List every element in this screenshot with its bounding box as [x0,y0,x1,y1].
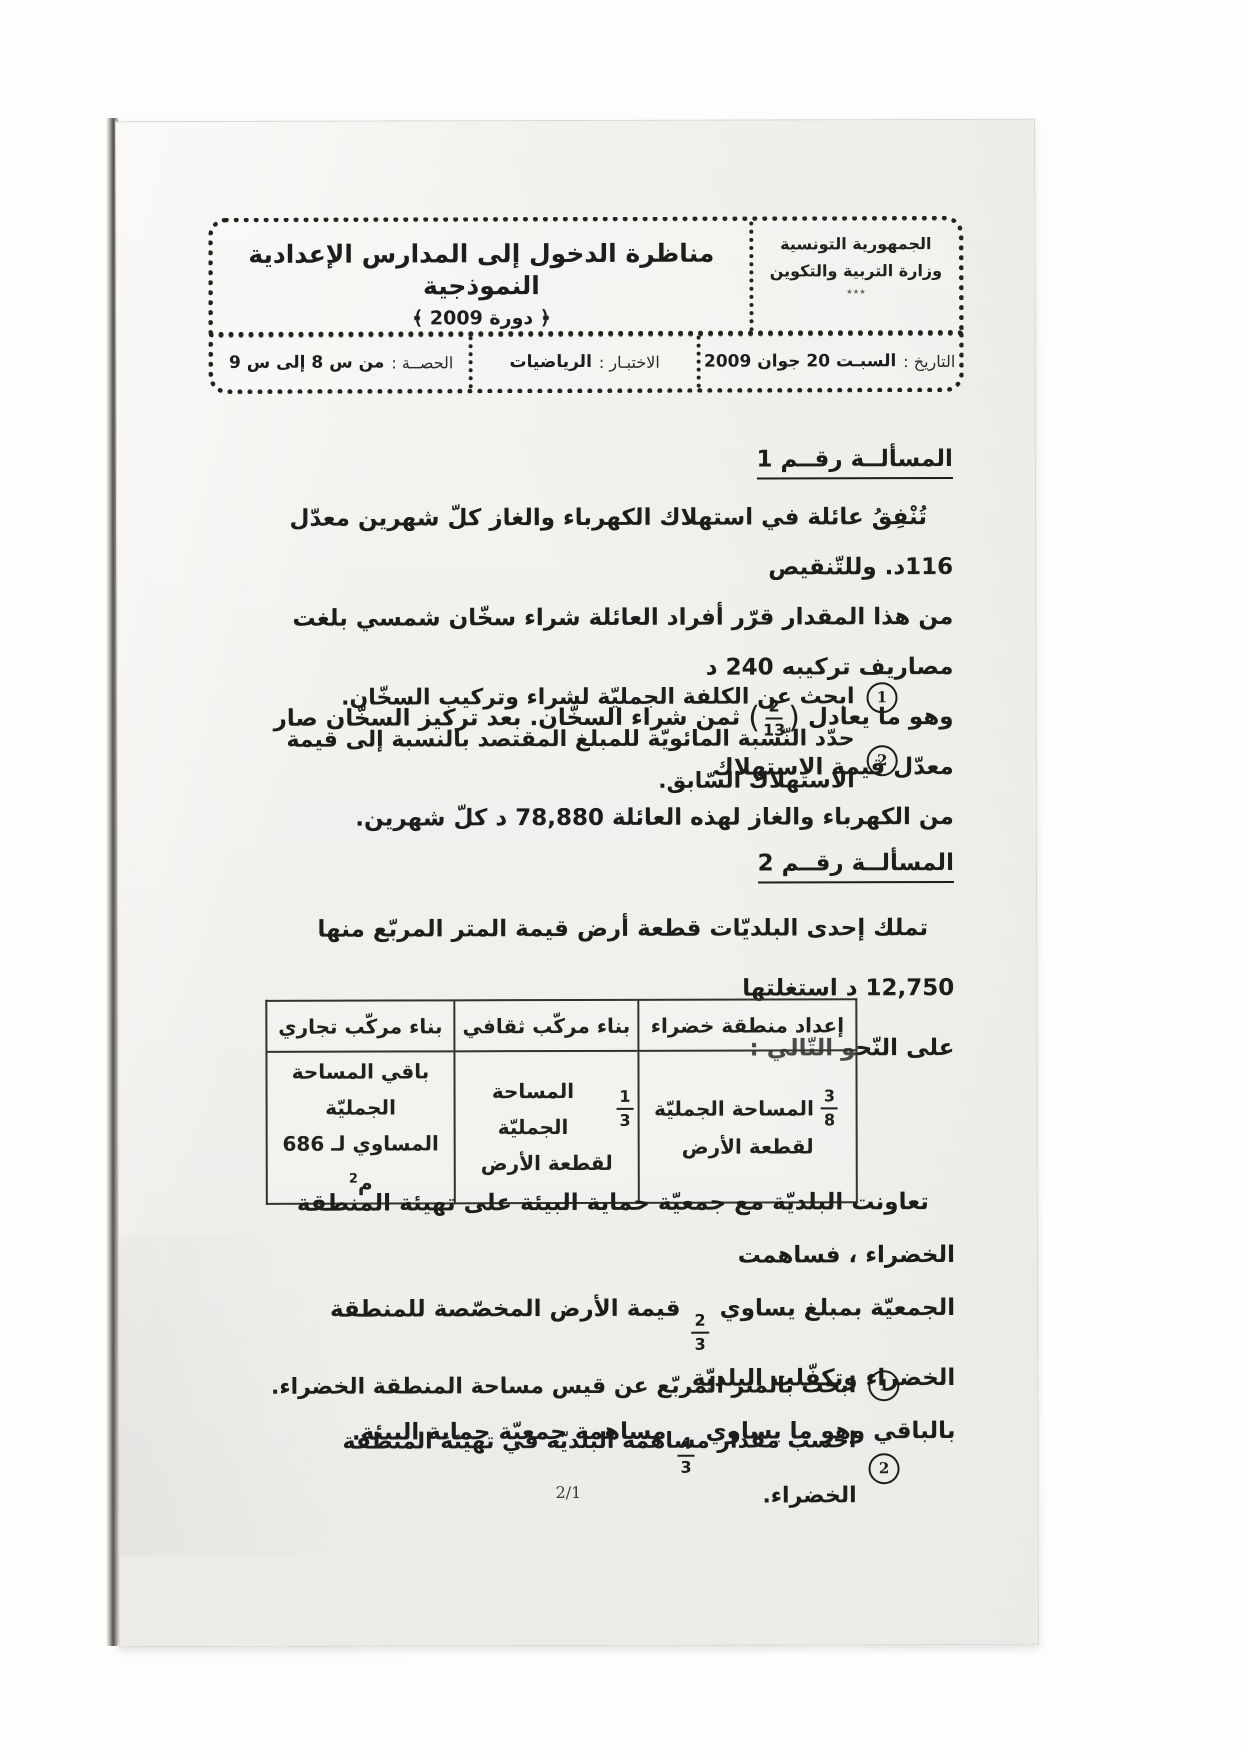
exam-value: الرياضيات [509,352,591,372]
exam-header-top: الجمهورية التونسية وزارة التربية والتكوي… [208,216,963,338]
item-number-badge: 2 [868,1453,899,1484]
session-year: ﴿ دورة 2009 ﴾ [213,307,749,330]
list-item: 1 ابحث عن الكلفة الجمليّة لشراء وتركيب ا… [251,676,953,720]
ministry-line-1: الجمهورية التونسية [753,230,958,258]
info-exam: الاختبـار : الرياضيات [469,336,697,389]
table-header-cell: بناء مركّب ثقافي [454,1000,638,1051]
date-value: السبـت 20 جوان 2009 [704,351,896,372]
exam-label: الاختبـار : [599,352,660,371]
scanned-exam-page: الجمهورية التونسية وزارة التربية والتكوي… [115,119,1039,1647]
fraction-1-3: 13 [616,1089,633,1129]
ministry-ornament: ٭٭٭ [753,284,958,299]
problem-1-items: 1 ابحث عن الكلفة الجمليّة لشراء وتركيب ا… [251,676,953,804]
paragraph-line: تُنْفِقُ عائلة في استهلاك الكهرباء والغا… [251,492,953,594]
item-text: حدّد النّسبة المائويّة للمبلغ المقتصد با… [252,718,855,804]
item-text: ابحث بالمتر المربّع عن قيس مساحة المنطقة… [271,1358,857,1415]
fraction-3-8: 38 [821,1088,838,1128]
date-label: التاريخ : [903,352,955,371]
list-item: 1 ابحث بالمتر المربّع عن قيس مساحة المنط… [253,1358,955,1415]
problem-2-heading: المسألــة رقــم 2 [758,850,954,884]
fraction-2-3: 23 [692,1313,709,1353]
item-number-badge: 1 [868,1370,899,1401]
ministry-box: الجمهورية التونسية وزارة التربية والتكوي… [749,221,958,332]
problem-1-heading: المسألــة رقــم 1 [756,446,952,480]
table-header-row: إعداد منطقة خضراء بناء مركّب ثقافي بناء … [266,999,856,1052]
paragraph-line: تعاونت البلديّة مع جمعيّة حماية البيئة ع… [253,1176,955,1284]
time-label: الحصــة : [391,353,453,372]
time-value: من س 8 إلى س 9 [229,353,384,373]
item-text: احسب مقدار مساهمة البلديّة في تهيئة المن… [253,1413,856,1525]
exam-title: مناظرة الدخول إلى المدارس الإعدادية النم… [213,238,749,303]
table-header-cell: إعداد منطقة خضراء [638,999,856,1051]
land-use-table: إعداد منطقة خضراء بناء مركّب ثقافي بناء … [265,998,858,1204]
item-text: ابحث عن الكلفة الجمليّة لشراء وتركيب الس… [341,676,855,719]
exam-header-info: التاريخ : السبـت 20 جوان 2009 الاختبـار … [209,330,964,394]
footer-page-number: 2/1 [556,1483,582,1502]
exam-title-box: مناظرة الدخول إلى المدارس الإعدادية النم… [213,222,749,333]
item-number-badge: 1 [866,682,897,713]
list-item: 2 حدّد النّسبة المائويّة للمبلغ المقتصد … [252,718,954,804]
table-header-cell: بناء مركّب تجاري [266,1000,454,1051]
problem-2-items: 1 ابحث بالمتر المربّع عن قيس مساحة المنط… [253,1358,955,1525]
item-number-badge: 2 [867,745,898,776]
info-date: التاريخ : السبـت 20 جوان 2009 [697,335,959,388]
info-time: الحصــة : من س 8 إلى س 9 [214,336,469,389]
list-item: 2 احسب مقدار مساهمة البلديّة في تهيئة ال… [253,1413,955,1525]
ministry-line-2: وزارة التربية والتكوين [753,257,958,285]
